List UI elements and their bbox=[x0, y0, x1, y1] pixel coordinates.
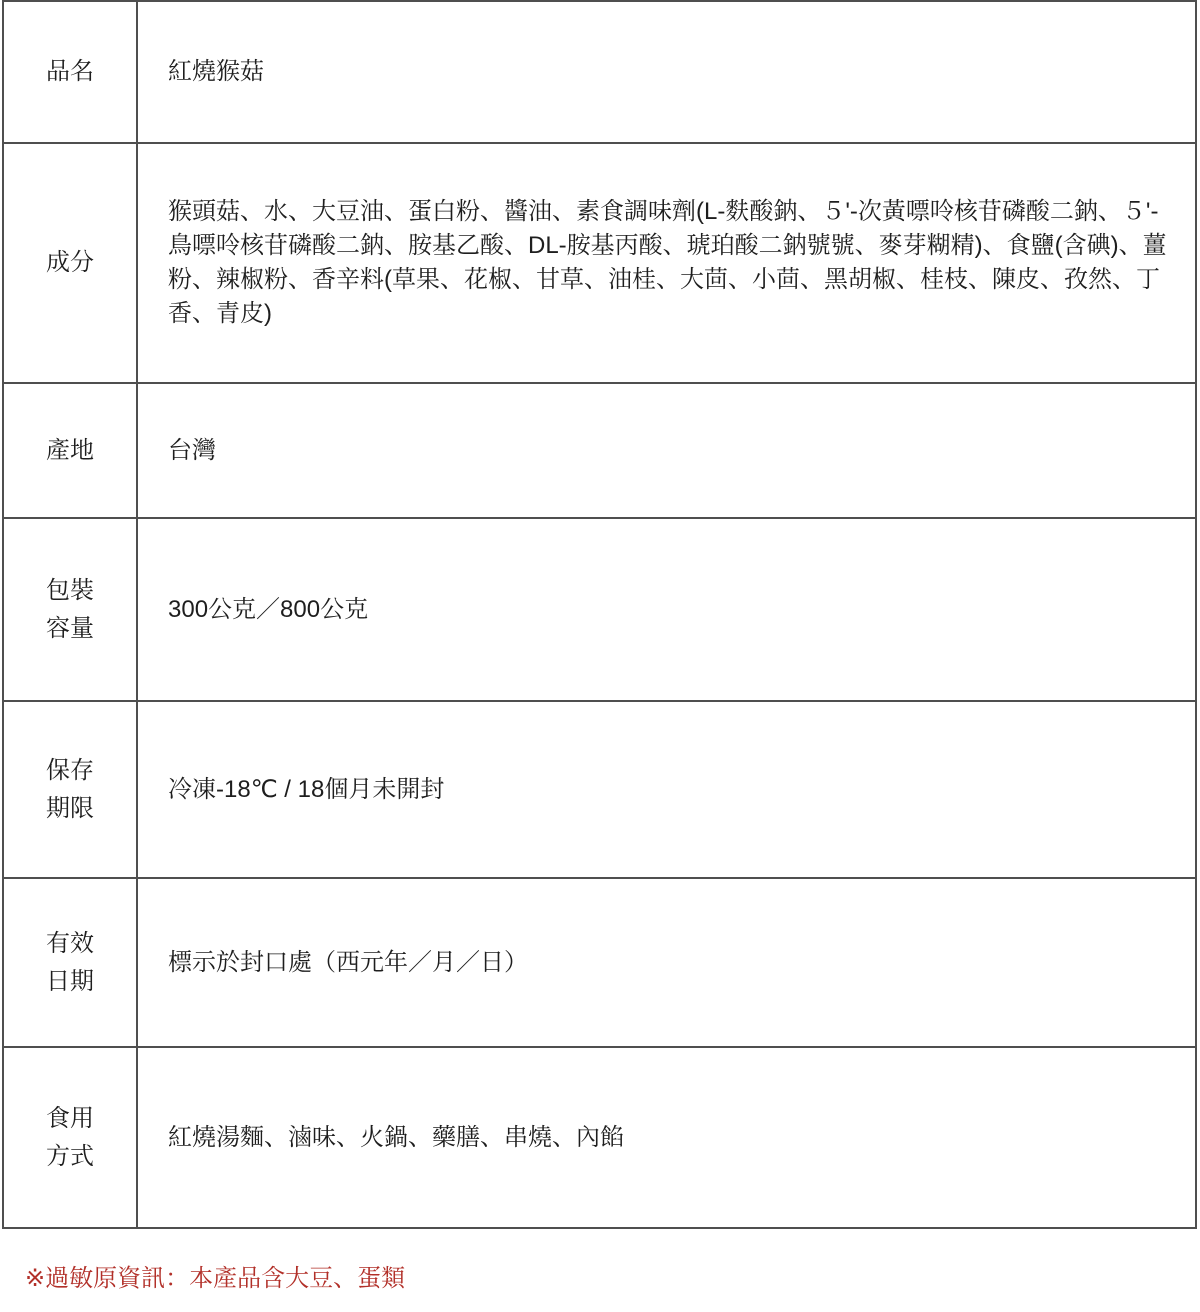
table-row-usage: 食用 方式 紅燒湯麵、滷味、火鍋、藥膳、串燒、內餡 bbox=[4, 1046, 1195, 1227]
row-value-text: 台灣 bbox=[168, 434, 216, 468]
row-value: 台灣 bbox=[138, 384, 1195, 517]
product-spec-page: 品名 紅燒猴菇 成分 猴頭菇、水、大豆油、蛋白粉、醬油、素食調味劑(L-麩酸鈉、… bbox=[0, 0, 1200, 1312]
row-label-text: 食用 方式 bbox=[46, 1100, 94, 1176]
row-value-text: 冷凍-18℃ / 18個月未開封 bbox=[168, 773, 444, 807]
row-value: 冷凍-18℃ / 18個月未開封 bbox=[138, 702, 1195, 877]
row-value-text: 300公克／800公克 bbox=[168, 593, 368, 627]
row-label: 有效 日期 bbox=[4, 879, 138, 1046]
table-row-ingredients: 成分 猴頭菇、水、大豆油、蛋白粉、醬油、素食調味劑(L-麩酸鈉、５'-次黃嘌呤核… bbox=[4, 142, 1195, 382]
row-value: 標示於封口處（西元年／月／日） bbox=[138, 879, 1195, 1046]
row-label-text: 有效 日期 bbox=[46, 925, 94, 1001]
row-label-text: 成分 bbox=[46, 244, 94, 282]
row-label-text: 品名 bbox=[46, 53, 94, 91]
row-label: 食用 方式 bbox=[4, 1048, 138, 1227]
row-label-text: 保存 期限 bbox=[46, 752, 94, 828]
table-row-origin: 產地 台灣 bbox=[4, 382, 1195, 517]
table-row-shelf-life: 保存 期限 冷凍-18℃ / 18個月未開封 bbox=[4, 700, 1195, 877]
row-value-text: 紅燒猴菇 bbox=[168, 55, 264, 89]
table-row-package-capacity: 包裝 容量 300公克／800公克 bbox=[4, 517, 1195, 700]
row-value-text: 猴頭菇、水、大豆油、蛋白粉、醬油、素食調味劑(L-麩酸鈉、５'-次黃嘌呤核苷磷酸… bbox=[168, 195, 1167, 331]
row-label: 品名 bbox=[4, 2, 138, 142]
table-row-product-name: 品名 紅燒猴菇 bbox=[4, 2, 1195, 142]
row-label: 成分 bbox=[4, 144, 138, 382]
row-label-text: 產地 bbox=[46, 432, 94, 470]
allergen-note: ※過敏原資訊：本產品含大豆、蛋類 bbox=[25, 1264, 1200, 1294]
row-value: 紅燒猴菇 bbox=[138, 2, 1195, 142]
row-label-text: 包裝 容量 bbox=[46, 572, 94, 648]
row-value: 300公克／800公克 bbox=[138, 519, 1195, 700]
product-spec-table: 品名 紅燒猴菇 成分 猴頭菇、水、大豆油、蛋白粉、醬油、素食調味劑(L-麩酸鈉、… bbox=[2, 0, 1197, 1229]
row-value-text: 標示於封口處（西元年／月／日） bbox=[168, 946, 528, 980]
row-value: 紅燒湯麵、滷味、火鍋、藥膳、串燒、內餡 bbox=[138, 1048, 1195, 1227]
row-value-text: 紅燒湯麵、滷味、火鍋、藥膳、串燒、內餡 bbox=[168, 1121, 624, 1155]
row-label: 包裝 容量 bbox=[4, 519, 138, 700]
row-label: 產地 bbox=[4, 384, 138, 517]
row-label: 保存 期限 bbox=[4, 702, 138, 877]
table-row-expiry-date: 有效 日期 標示於封口處（西元年／月／日） bbox=[4, 877, 1195, 1046]
row-value: 猴頭菇、水、大豆油、蛋白粉、醬油、素食調味劑(L-麩酸鈉、５'-次黃嘌呤核苷磷酸… bbox=[138, 144, 1195, 382]
